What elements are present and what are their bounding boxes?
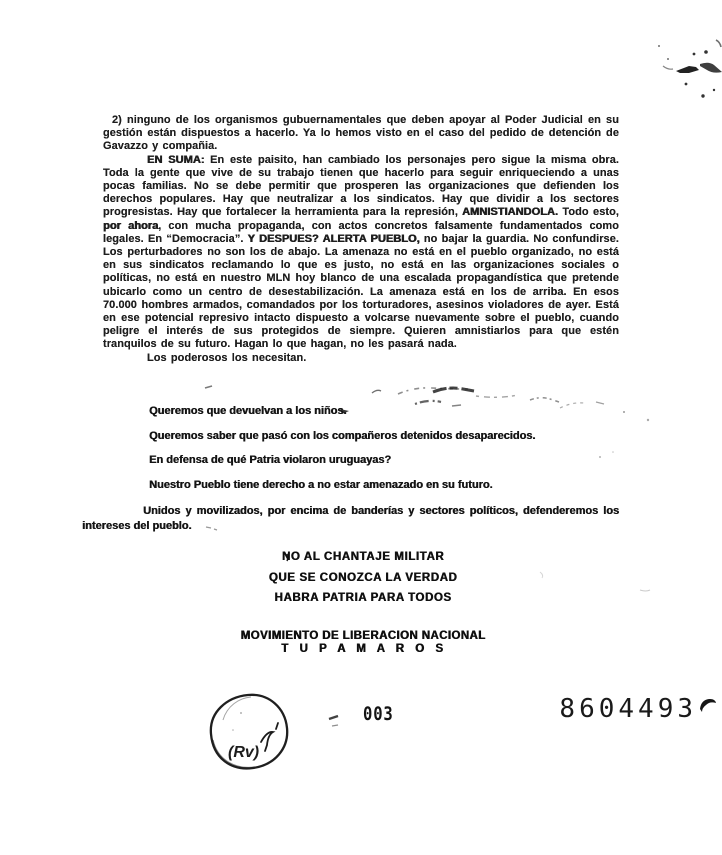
signature-organization: MOVIMIENTO DE LIBERACION NACIONAL — [103, 630, 623, 642]
stamp-tick-mark — [261, 732, 273, 751]
stamp-initials: (Rv) — [228, 744, 259, 761]
slogan-no-chantaje: NO AL CHANTAJE MILITAR — [103, 551, 623, 563]
slogan-futuro: Nuestro Pueblo tiene derecho a no estar … — [103, 479, 619, 492]
serial-number: 8604493 — [559, 694, 697, 724]
text-segment: 2) ninguno de los organismos gubuernamen… — [103, 114, 619, 152]
slogan-unidos: Unidos y movilizados, por encima de band… — [82, 504, 619, 534]
slogan-habra-patria: HABRA PATRIA PARA TODOS — [103, 592, 623, 604]
slogan-verdad: QUE SE CONOZCA LA VERDAD — [103, 572, 623, 584]
slogan-desaparecidos: Queremos saber que pasó con los compañer… — [103, 430, 619, 443]
page-number: 003 — [363, 703, 394, 725]
slogan-ninos: Queremos que devuelvan a los niños. — [103, 405, 619, 418]
text-segment: Y DESPUES? ALERTA PUEBLO, — [248, 233, 420, 245]
slogan-patria: En defensa de qué Patria violaron urugua… — [103, 454, 619, 467]
ink-blot — [676, 66, 699, 73]
paragraph-en-suma: EN SUMA: En este paisito, han cambiado l… — [103, 154, 619, 352]
paragraph-los-poderosos: Los poderosos los necesitan. — [103, 352, 619, 365]
text-segment: AMNISTIANDOLA. — [462, 206, 558, 218]
text-segment: EN SUMA: — [147, 154, 204, 166]
signature-block: MOVIMIENTO DE LIBERACION NACIONAL T U P … — [103, 630, 623, 655]
crescent-mark-icon — [698, 698, 717, 714]
paragraph-intro: 2) ninguno de los organismos gubuernamen… — [103, 114, 619, 154]
slogan-list: Queremos que devuelvan a los niños. Quer… — [103, 405, 619, 534]
text-segment: no bajar la guardia. No confundirse. Los… — [103, 233, 619, 351]
text-segment: Todo esto, — [558, 206, 619, 218]
serial-number-row: 8604493 — [559, 694, 717, 724]
centered-slogans: NO AL CHANTAJE MILITAR QUE SE CONOZCA LA… — [103, 551, 623, 613]
text-segment: por ahora — [103, 220, 158, 232]
hand-drawn-stamp: (Rv) — [203, 690, 298, 795]
text-segment: Los poderosos los necesitan. — [147, 352, 306, 364]
signature-tupamaros: T U P A M A R O S — [103, 643, 623, 655]
document-body: 2) ninguno de los organismos gubuernamen… — [103, 114, 619, 365]
scanned-document-page: 2) ninguno de los organismos gubuernamen… — [0, 0, 722, 855]
